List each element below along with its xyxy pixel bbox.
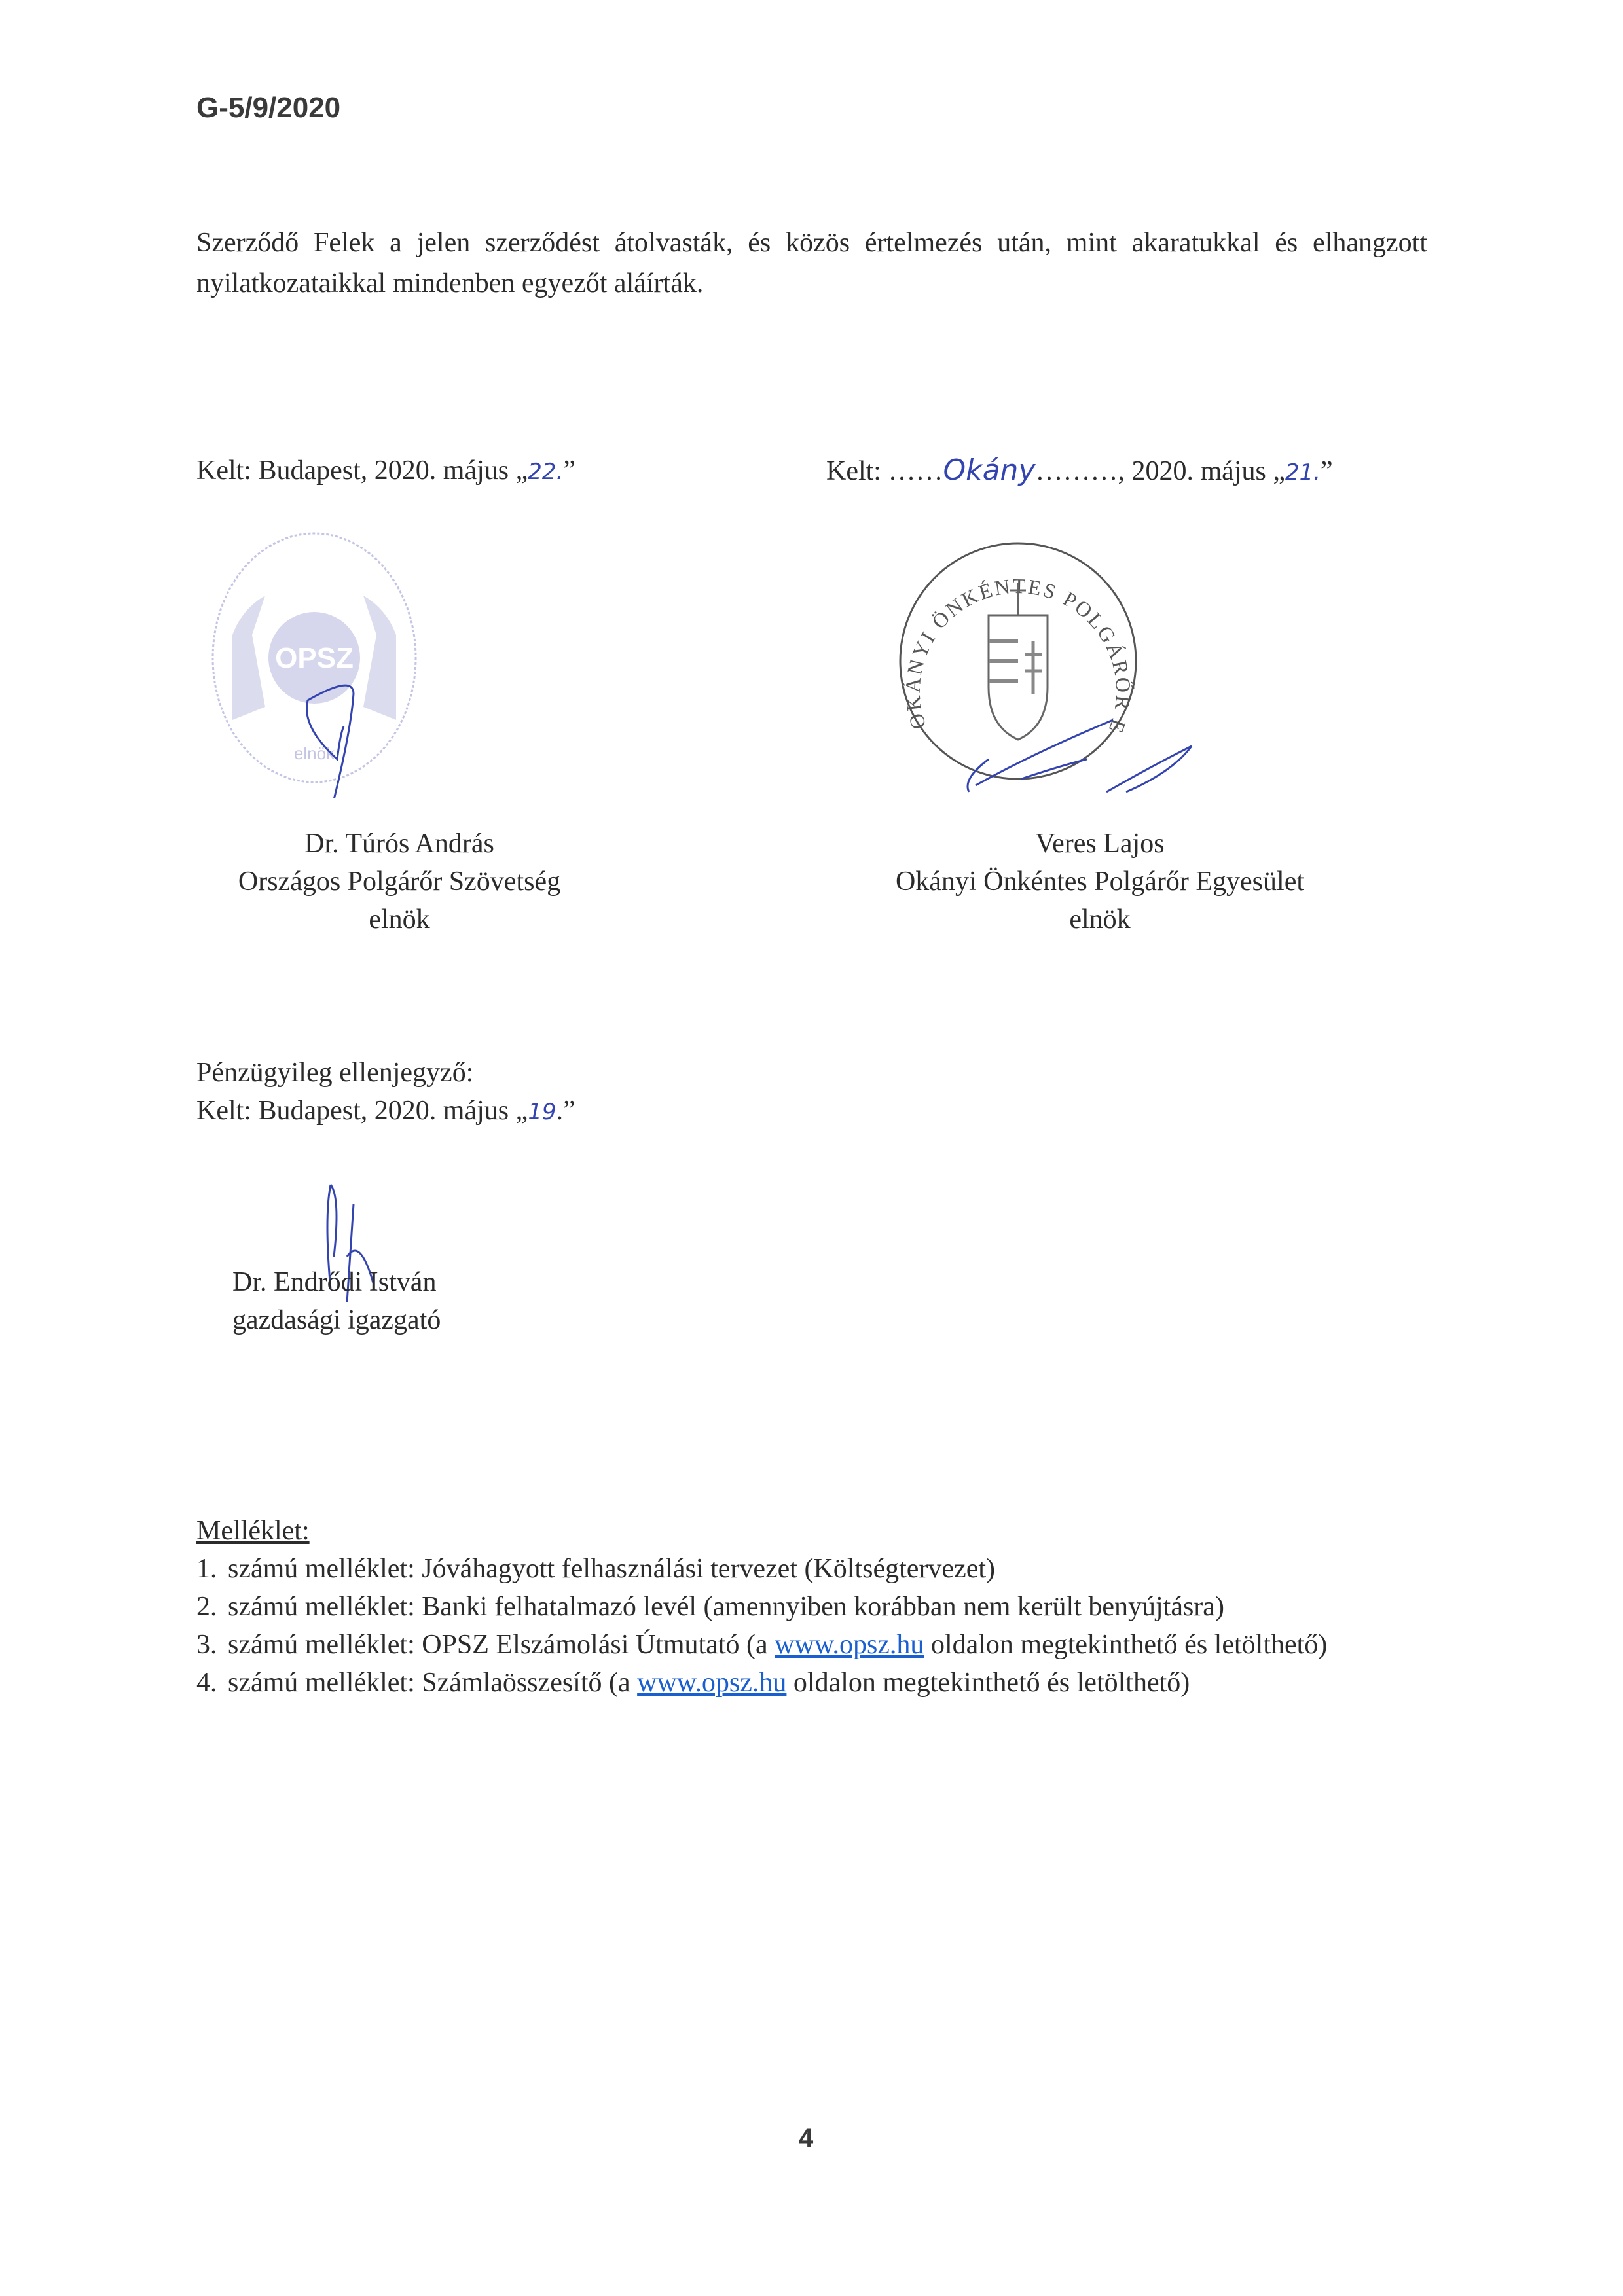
financial-block: Pénzügyileg ellenjegyző: Kelt: Budapest,… — [196, 1054, 575, 1131]
financial-date-day: 19 — [528, 1099, 556, 1125]
attachment-number: 1. — [196, 1550, 217, 1588]
left-date-suffix: ” — [563, 456, 575, 486]
opsz-link[interactable]: www.opsz.hu — [775, 1630, 924, 1660]
stamp-ring-text: OKÁNYI ÖNKÉNTES POLGÁRŐR EGYESÜLET — [890, 517, 1135, 738]
left-signatory-role: elnök — [151, 901, 648, 939]
attachment-item: 4.számú melléklet: Számlaösszesítő (a ww… — [196, 1664, 1446, 1702]
right-date-middle: , 2020. május „ — [1118, 456, 1285, 486]
attachment-item: 2.számú melléklet: Banki felhatalmazó le… — [196, 1588, 1446, 1626]
attachment-text-after: oldalon megtekinthető és letölthető) — [924, 1630, 1327, 1660]
right-signatory-name: Veres Lajos — [845, 825, 1355, 863]
attachment-text-after: oldalon megtekinthető és letölthető) — [786, 1668, 1190, 1698]
attachment-item: 3.számú melléklet: OPSZ Elszámolási Útmu… — [196, 1626, 1446, 1664]
financial-signatory-role: gazdasági igazgató — [232, 1301, 441, 1339]
left-date-line: Kelt: Budapest, 2020. május „22.” — [196, 452, 575, 491]
financial-date-line: Kelt: Budapest, 2020. május „19.” — [196, 1092, 575, 1131]
attachment-text: számú melléklet: OPSZ Elszámolási Útmuta… — [228, 1630, 775, 1660]
financial-label: Pénzügyileg ellenjegyző: — [196, 1054, 575, 1092]
left-signatory-name: Dr. Túrós András — [151, 825, 648, 863]
dots-right: ……… — [1036, 456, 1118, 486]
dots-left: …… — [888, 456, 943, 486]
opsz-stamp-icon: OPSZ elnök — [203, 524, 426, 798]
attachment-number: 2. — [196, 1588, 217, 1626]
attachments-list: 1.számú melléklet: Jóváhagyott felhaszná… — [196, 1550, 1446, 1702]
attachment-number: 3. — [196, 1626, 217, 1664]
left-date-prefix: Kelt: Budapest, 2020. május „ — [196, 456, 528, 486]
financial-signatory-block: Dr. Endrődi István gazdasági igazgató — [232, 1263, 441, 1339]
right-date-prefix: Kelt: — [826, 456, 888, 486]
svg-text:OPSZ: OPSZ — [275, 642, 354, 674]
attachments-heading: Melléklet: — [196, 1512, 1446, 1550]
financial-date-prefix: Kelt: Budapest, 2020. május „ — [196, 1096, 528, 1126]
financial-date-suffix: .” — [556, 1096, 575, 1126]
right-signatory-role: elnök — [845, 901, 1355, 939]
attachment-text: számú melléklet: Jóváhagyott felhasználá… — [228, 1554, 995, 1584]
financial-signatory-name: Dr. Endrődi István — [232, 1263, 441, 1301]
left-signatory-org: Országos Polgárőr Szövetség — [151, 863, 648, 901]
right-date-day: 21. — [1285, 459, 1321, 486]
right-signatory-block: Veres Lajos Okányi Önkéntes Polgárőr Egy… — [845, 825, 1355, 939]
svg-text:OKÁNYI ÖNKÉNTES POLGÁRŐR EGYES: OKÁNYI ÖNKÉNTES POLGÁRŐR EGYESÜLET — [890, 517, 1135, 738]
attachment-number: 4. — [196, 1664, 217, 1702]
attachment-text: számú melléklet: Banki felhatalmazó levé… — [228, 1592, 1224, 1622]
attachment-text: számú melléklet: Számlaösszesítő (a — [228, 1668, 637, 1698]
attachments-section: Melléklet: 1.számú melléklet: Jóváhagyot… — [196, 1512, 1446, 1702]
page-number: 4 — [799, 2124, 813, 2153]
attachment-item: 1.számú melléklet: Jóváhagyott felhaszná… — [196, 1550, 1446, 1588]
left-date-day: 22. — [528, 459, 563, 485]
opsz-link[interactable]: www.opsz.hu — [637, 1668, 786, 1698]
svg-text:elnök: elnök — [294, 744, 335, 763]
right-date-line: Kelt: ……Okány………, 2020. május „21.” — [826, 452, 1333, 492]
intro-paragraph: Szerződő Felek a jelen szerződést átolva… — [196, 223, 1427, 304]
right-date-suffix: ” — [1321, 456, 1333, 486]
right-signatory-org: Okányi Önkéntes Polgárőr Egyesület — [845, 863, 1355, 901]
okany-stamp-icon: OKÁNYI ÖNKÉNTES POLGÁRŐR EGYESÜLET — [890, 517, 1257, 844]
right-date-place: Okány — [943, 454, 1035, 487]
left-signatory-block: Dr. Túrós András Országos Polgárőr Szöve… — [151, 825, 648, 939]
document-id: G-5/9/2020 — [196, 92, 340, 124]
